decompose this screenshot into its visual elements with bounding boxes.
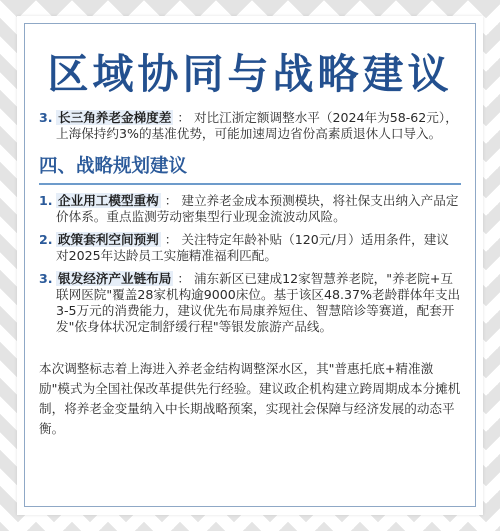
list-item-silver-economy: 3. 银发经济产业链布局：浦东新区已建成12家智慧养老院，"养老院+互联网医院"… [39, 271, 461, 335]
item-colon: ： [161, 193, 182, 208]
list-item-regional-gradient: 3. 长三角养老金梯度差：对比江浙定额调整水平（2024年为58-62元），上海… [39, 110, 461, 142]
document-body: 3. 长三角养老金梯度差：对比江浙定额调整水平（2024年为58-62元），上海… [39, 110, 461, 439]
item-number: 3. [39, 110, 53, 126]
item-colon: ： [173, 110, 194, 125]
item-key-term: 政策套利空间预判 [56, 232, 161, 247]
document-card: 区域协同与战略建议 3. 长三角养老金梯度差：对比江浙定额调整水平（2024年为… [17, 16, 483, 515]
list-item-policy-arbitrage: 2. 政策套利空间预判：关注特定年龄补贴（120元/月）适用条件，建议对2025… [39, 232, 461, 264]
item-number: 2. [39, 232, 53, 248]
item-number: 1. [39, 193, 53, 209]
item-key-term: 银发经济产业链布局 [56, 271, 173, 286]
item-colon: ： [161, 232, 182, 247]
item-key-term: 企业用工模型重构 [56, 193, 161, 208]
list-item-workforce-model: 1. 企业用工模型重构：建立养老金成本预测模块，将社保支出纳入产品定价体系。重点… [39, 193, 461, 225]
item-colon: ： [173, 271, 194, 286]
document-frame: 区域协同与战略建议 3. 长三角养老金梯度差：对比江浙定额调整水平（2024年为… [24, 23, 476, 507]
item-key-term: 长三角养老金梯度差 [56, 110, 173, 125]
section-heading-strategy: 四、战略规划建议 [39, 155, 461, 185]
summary-paragraph: 本次调整标志着上海进入养老金结构调整深水区，其"普惠托底+精准激励"模式为全国社… [39, 359, 461, 439]
page-title: 区域协同与战略建议 [25, 50, 475, 98]
item-number: 3. [39, 271, 53, 287]
